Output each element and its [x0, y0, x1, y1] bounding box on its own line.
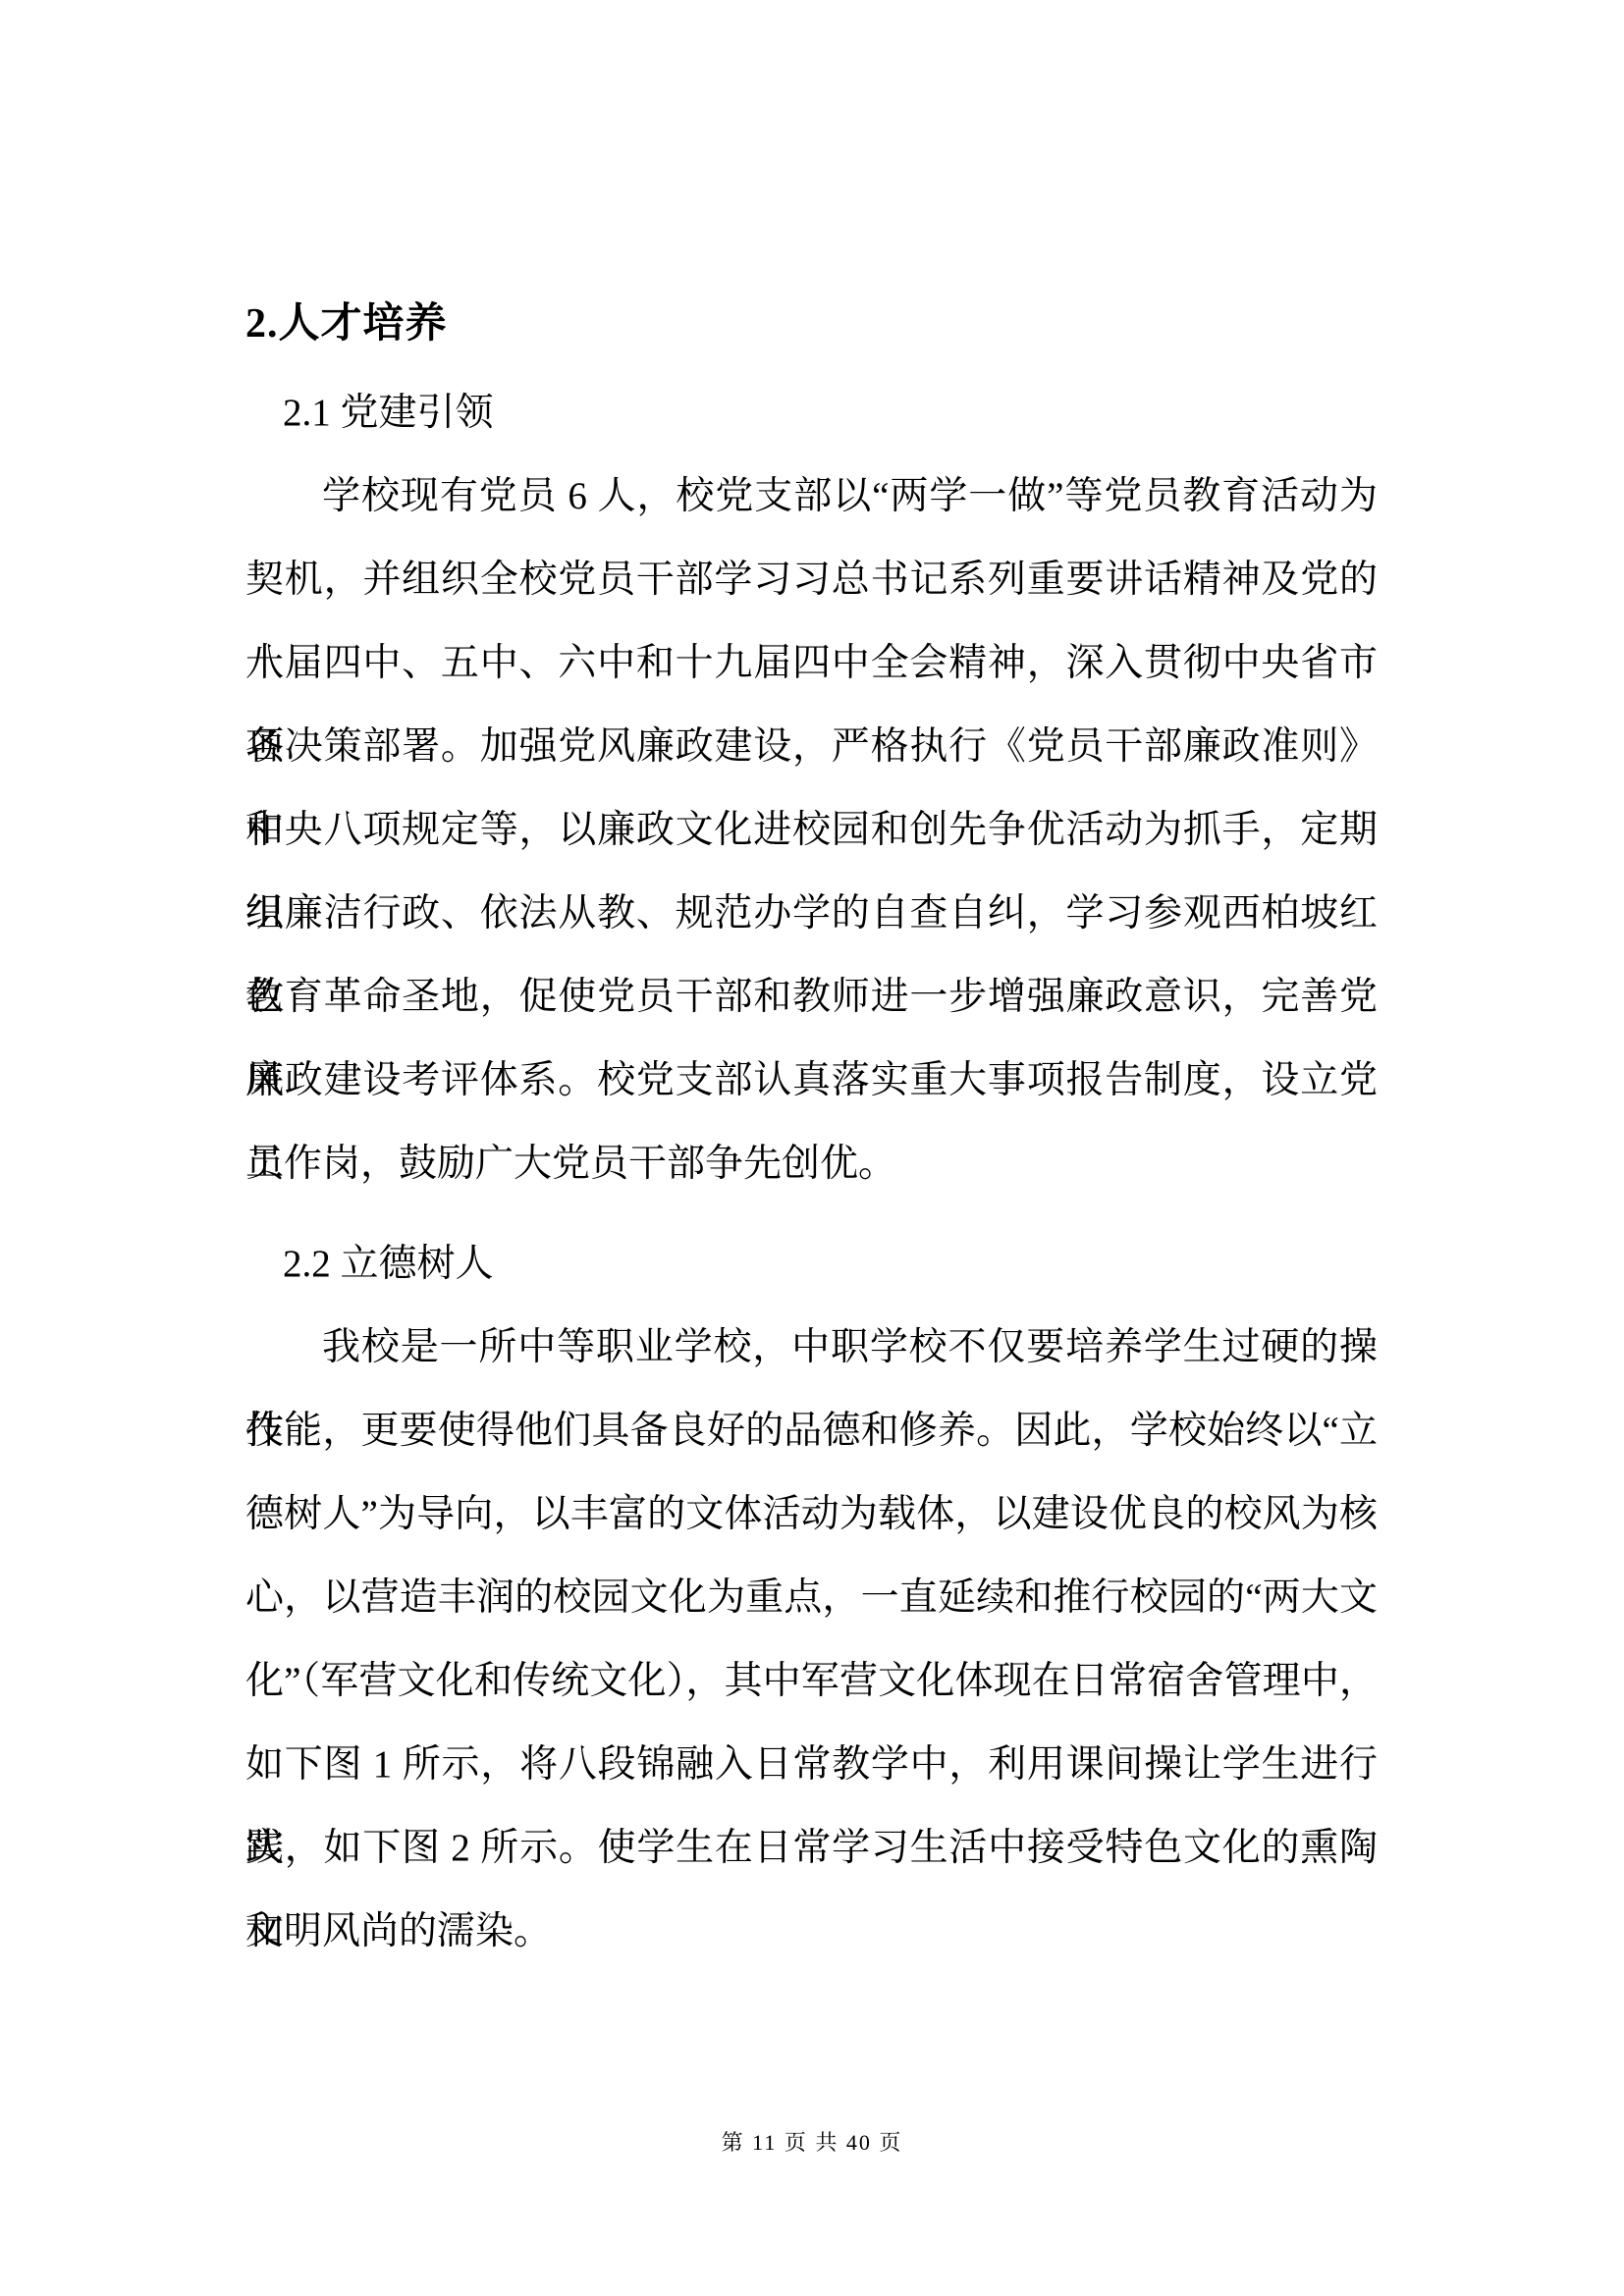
paragraph-line: 化”（军营文化和传统文化），其中军营文化体现在日常宿舍管理中，	[245, 1639, 1378, 1723]
paragraph-line: 廉政建设考评体系。校党支部认真落实重大事项报告制度，设立党员	[245, 1039, 1378, 1122]
paragraph-line: 项决策部署。加强党风廉政建设，严格执行《党员干部廉政准则》和	[245, 705, 1378, 788]
paragraph-line: 契机，并组织全校党员干部学习习总书记系列重要讲话精神及党的十	[245, 538, 1378, 621]
paragraph-line: 中央八项规定等，以廉政文化进校园和创先争优活动为抓手，定期组	[245, 788, 1378, 872]
paragraph-line: 织廉洁行政、依法从教、规范办学的自查自纠，学习参观西柏坡红色	[245, 872, 1378, 955]
paragraph-line: 八届四中、五中、六中和十九届四中全会精神，深入贯彻中央省市各	[245, 621, 1378, 705]
page-footer: 第 11 页 共 40 页	[0, 2123, 1624, 2163]
paragraph-line: 如下图 1 所示，将八段锦融入日常教学中，利用课间操让学生进行实	[245, 1723, 1378, 1806]
section-title: 2.2 立德树人	[245, 1222, 1378, 1306]
paragraph-line: 教育革命圣地，促使党员干部和教师进一步增强廉政意识，完善党风	[245, 955, 1378, 1039]
paragraph-line: 德树人”为导向，以丰富的文体活动为载体，以建设优良的校风为核	[245, 1472, 1378, 1556]
paragraph-line: 学校现有党员 6 人，校党支部以“两学一做”等党员教育活动为	[245, 454, 1378, 538]
paragraph-line: 技能，更要使得他们具备良好的品德和修养。因此，学校始终以“立	[245, 1389, 1378, 1472]
paragraph-line: 践，如下图 2 所示。使学生在日常学习生活中接受特色文化的熏陶和	[245, 1806, 1378, 1890]
page-number-label: 第 11 页 共 40 页	[722, 2130, 903, 2155]
paragraph-line: 心，以营造丰润的校园文化为重点，一直延续和推行校园的“两大文	[245, 1556, 1378, 1639]
document-page: 2.人才培养 2.1 党建引领学校现有党员 6 人，校党支部以“两学一做”等党员…	[0, 0, 1624, 2296]
chapter-heading: 2.人才培养	[245, 283, 1378, 366]
section-title: 2.1 党建引领	[245, 371, 1378, 454]
paragraph-line: 工作岗，鼓励广大党员干部争先创优。	[245, 1122, 1378, 1205]
document-content: 2.人才培养 2.1 党建引领学校现有党员 6 人，校党支部以“两学一做”等党员…	[245, 283, 1378, 1973]
paragraph-line: 我校是一所中等职业学校，中职学校不仅要培养学生过硬的操作	[245, 1306, 1378, 1389]
sections-container: 2.1 党建引领学校现有党员 6 人，校党支部以“两学一做”等党员教育活动为契机…	[245, 371, 1378, 1973]
paragraph-line: 文明风尚的濡染。	[245, 1890, 1378, 1973]
